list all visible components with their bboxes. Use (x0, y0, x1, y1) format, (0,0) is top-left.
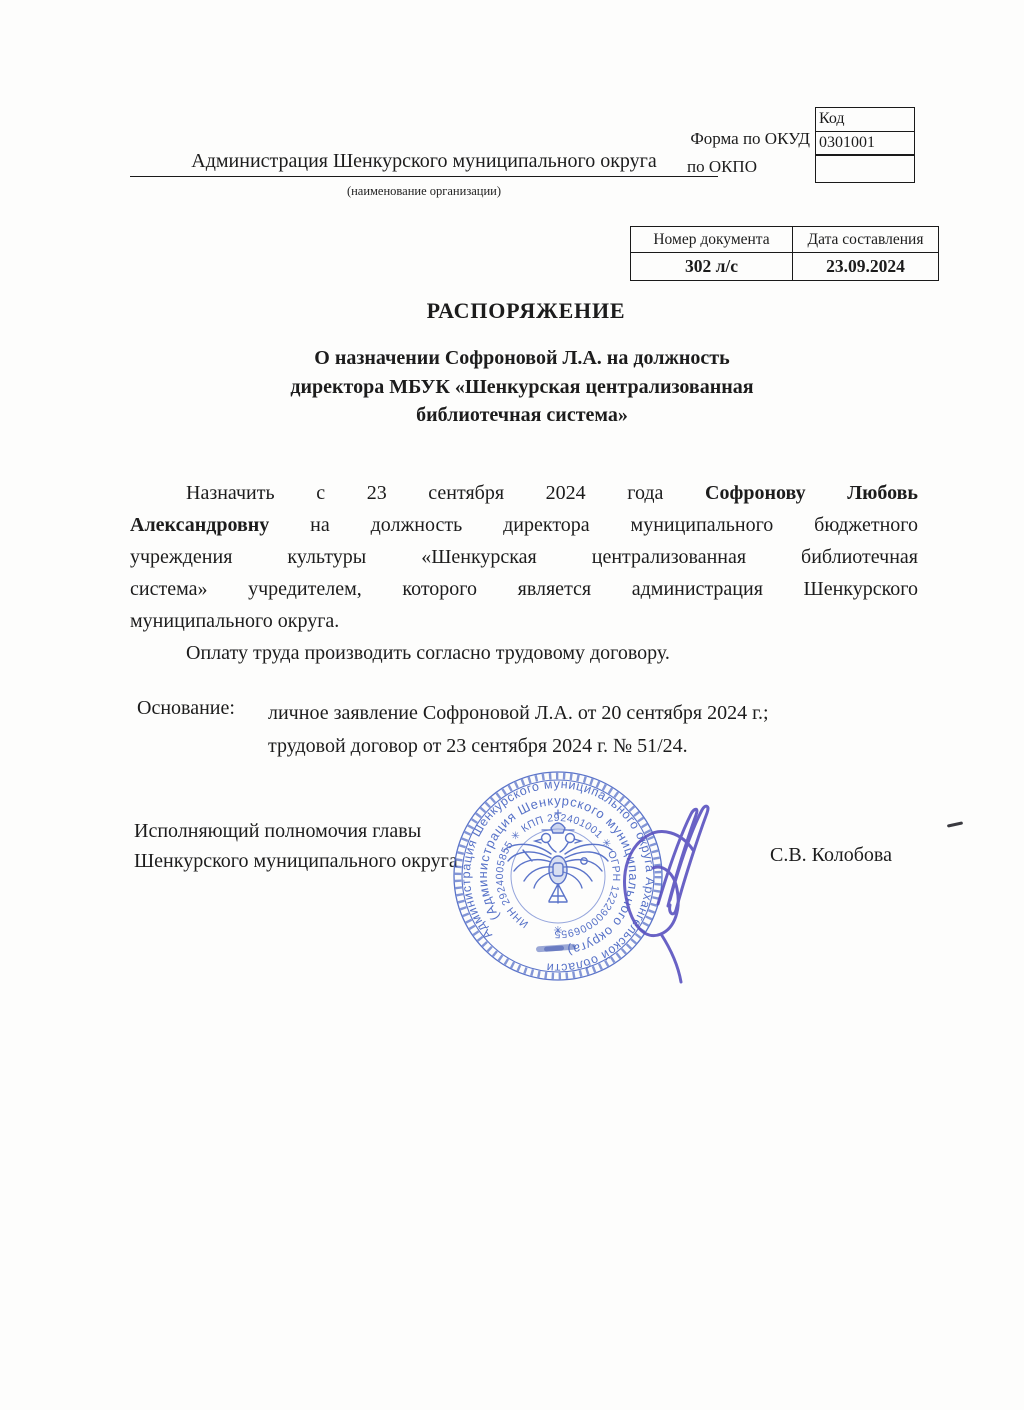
doc-date-header: Дата составления (793, 227, 939, 253)
ink-mark (947, 821, 963, 827)
doc-number-table-wrap: Номер документа Дата составления 302 л/с… (630, 226, 939, 281)
organization-name: Администрация Шенкурского муниципального… (130, 150, 718, 177)
stamp-center-mark: ✳ (553, 925, 562, 937)
organization-caption: (наименование организации) (130, 184, 718, 199)
subject-line: О назначении Софроновой Л.А. на должност… (132, 344, 912, 373)
subject-line: библиотечная система» (132, 401, 912, 430)
body-line: учреждения культуры «Шенкурская централи… (130, 541, 918, 573)
code-box-title: Код (815, 107, 915, 132)
doc-number-table: Номер документа Дата составления 302 л/с… (630, 226, 939, 281)
document-subject: О назначении Софроновой Л.А. на должност… (132, 344, 912, 430)
handwritten-signature (575, 772, 725, 1002)
doc-number-value: 302 л/с (631, 253, 793, 281)
signer-position-line: Исполняющий полномочия главы (134, 816, 458, 846)
body-line: муниципального округа. (130, 605, 918, 637)
body-line: система» учредителем, которого является … (130, 573, 918, 605)
signer-position: Исполняющий полномочия главы Шенкурского… (134, 816, 458, 876)
doc-date-value: 23.09.2024 (793, 253, 939, 281)
okpo-code-value (815, 154, 915, 183)
doc-number-header: Номер документа (631, 227, 793, 253)
body-line: Оплату труда производить согласно трудов… (130, 637, 918, 669)
basis-item: трудовой договор от 23 сентября 2024 г. … (268, 730, 769, 763)
body-paragraph: Назначить с 23 сентября 2024 года Софрон… (130, 477, 918, 669)
doc-table-header-row: Номер документа Дата составления (631, 227, 939, 253)
document-title: РАСПОРЯЖЕНИЕ (132, 298, 920, 324)
okud-form-label: Форма по ОКУД (690, 129, 810, 149)
body-line: Назначить с 23 сентября 2024 года Софрон… (130, 477, 918, 509)
code-box: Код 0301001 (815, 107, 915, 183)
basis-label: Основание: (137, 697, 235, 720)
okud-code-value: 0301001 (815, 131, 915, 156)
subject-line: директора МБУК «Шенкурская централизован… (132, 373, 912, 402)
basis-items: личное заявление Софроновой Л.А. от 20 с… (268, 697, 769, 763)
body-line: Александровну на должность директора мун… (130, 509, 918, 541)
scanned-document-page: Форма по ОКУД по ОКПО Код 0301001 Админи… (0, 0, 1024, 1410)
doc-table-value-row: 302 л/с 23.09.2024 (631, 253, 939, 281)
signer-position-line: Шенкурского муниципального округа (134, 846, 458, 876)
basis-item: личное заявление Софроновой Л.А. от 20 с… (268, 697, 769, 730)
signer-name: С.В. Колобова (770, 844, 892, 867)
